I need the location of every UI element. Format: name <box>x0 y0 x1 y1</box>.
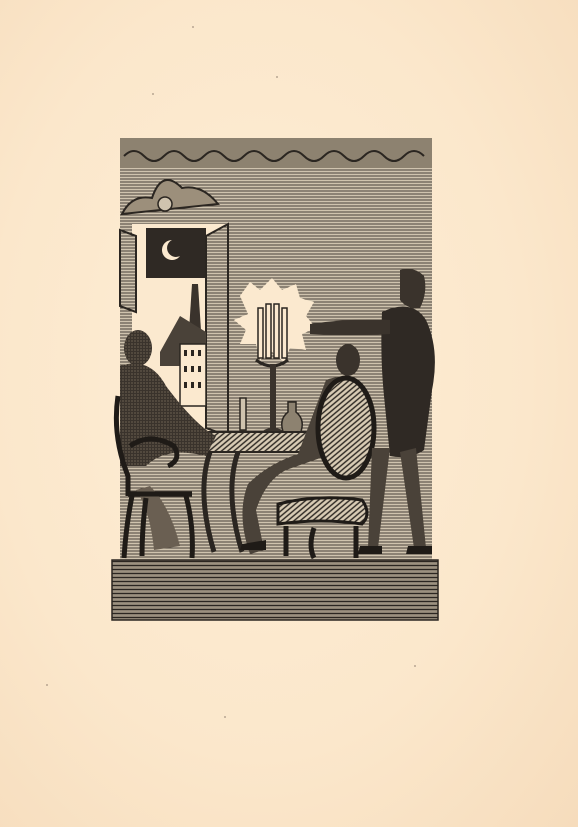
floor-planks <box>112 560 438 620</box>
paper-speck <box>192 26 194 28</box>
paper-speck <box>224 716 226 718</box>
woodcut-illustration <box>110 136 440 622</box>
left-shutter <box>120 230 136 312</box>
paper-speck <box>276 76 278 78</box>
night-sky <box>146 228 206 278</box>
book-page <box>0 0 578 827</box>
glass <box>240 398 246 430</box>
right-shutter <box>206 224 228 436</box>
paper-speck <box>152 93 154 95</box>
paper-speck <box>46 684 48 686</box>
paper-speck <box>414 665 416 667</box>
